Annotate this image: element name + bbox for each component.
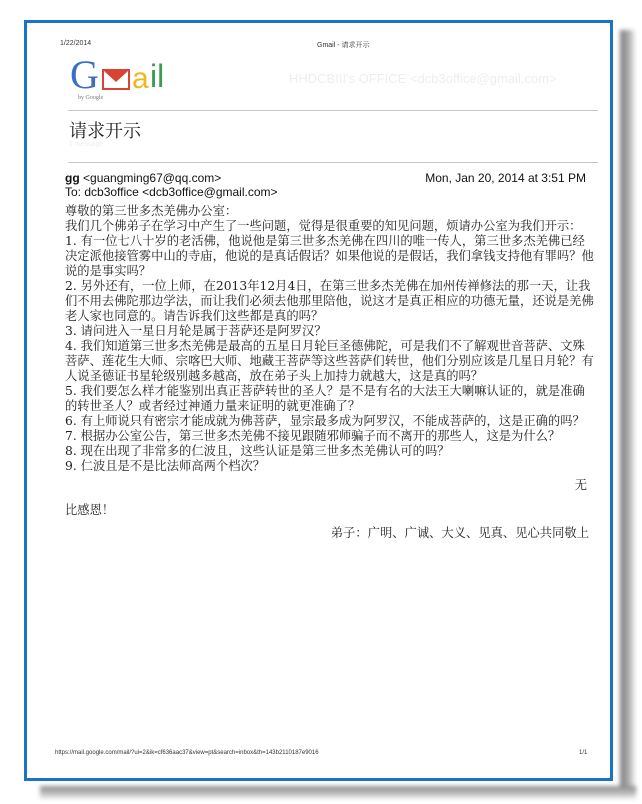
question-8: 8. 现在出现了非常多的仁波且，这些认证是第三世多杰羌佛认可的吗？ xyxy=(65,444,595,459)
subject-divider xyxy=(68,162,598,163)
email-body: 尊敬的第三世多杰羌佛办公室： 我们几个佛弟子在学习中产生了一些问题，觉得是很重要… xyxy=(65,204,595,541)
account-label: HHDCBIII's OFFICE <dcb3office@gmail.com> xyxy=(289,71,557,86)
printed-email-page: 1/22/2014 Gmail - 请求开示 G a il by Google … xyxy=(24,20,613,781)
print-footer-url: https://mail.google.com/mail/?ui=2&ik=cf… xyxy=(55,750,319,756)
envelope-icon xyxy=(102,69,130,90)
question-2: 2. 另外还有，一位上师，在2013年12月4日，在第三世多杰羌佛在加州传禅修法… xyxy=(65,279,595,324)
email-date: Mon, Jan 20, 2014 at 3:51 PM xyxy=(425,171,586,185)
email-to: To: dcb3office <dcb3office@gmail.com> xyxy=(65,185,278,199)
print-footer-page-number: 1/1 xyxy=(579,750,587,756)
sender-address: <guangming67@qq.com> xyxy=(83,171,221,185)
intro-paragraph: 我们几个佛弟子在学习中产生了一些问题，觉得是很重要的知见问题，烦请办公室为我们开… xyxy=(65,219,595,234)
closing-part-2: 比感恩！ xyxy=(65,503,595,518)
gmail-logo-a: a xyxy=(132,62,149,96)
print-header-title: Gmail - 请求开示 xyxy=(317,40,370,50)
question-4: 4. 我们知道第三世多杰羌佛是最高的五星日月轮巨圣德佛陀，可是我们不了解观世音菩… xyxy=(65,339,595,384)
signature: 弟子：广明、广诚、大义、见真、见心共同敬上 xyxy=(65,526,595,541)
sender-name: gg xyxy=(65,171,80,185)
header-divider xyxy=(68,110,598,111)
closing-part-1: 无 xyxy=(65,478,595,493)
print-header-date: 1/22/2014 xyxy=(60,40,91,47)
question-7: 7. 根据办公室公告，第三世多杰羌佛不接见跟随邪师骗子而不离开的那些人，这是为什… xyxy=(65,429,595,444)
email-subject: 请求开示 xyxy=(69,117,141,143)
gmail-logo-g: G xyxy=(70,53,99,97)
email-from: gg <guangming67@qq.com> xyxy=(65,171,221,185)
page-shadow-bottom xyxy=(40,786,636,800)
page-shadow-right xyxy=(620,30,636,792)
gmail-logo-il: il xyxy=(150,58,164,94)
salutation: 尊敬的第三世多杰羌佛办公室： xyxy=(65,204,595,219)
question-3: 3. 请问进入一星日月轮是属于菩萨还是阿罗汉？ xyxy=(65,324,595,339)
question-9: 9. 仁波且是不是比法师高两个档次？ xyxy=(65,459,595,474)
gmail-logo-by-google: by Google xyxy=(78,95,103,101)
message-count: 1 message xyxy=(69,141,103,148)
gmail-logo: G a il by Google xyxy=(70,53,180,98)
question-6: 6. 有上师说只有密宗才能成就为佛菩萨，显宗最多成为阿罗汉，不能成菩萨的，这是正… xyxy=(65,414,595,429)
question-5: 5. 我们要怎么样才能鉴别出真正菩萨转世的圣人？是不是有名的大法王大喇嘛认证的，… xyxy=(65,384,595,414)
question-1: 1. 有一位七八十岁的老活佛，他说他是第三世多杰羌佛在四川的唯一传人，第三世多杰… xyxy=(65,234,595,279)
